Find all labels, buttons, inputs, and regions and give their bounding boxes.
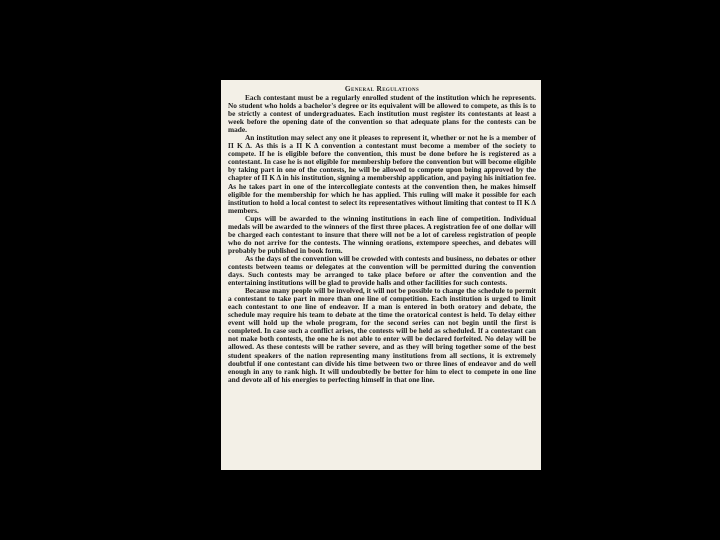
paragraph-membership: An institution may select any one it ple… (228, 134, 536, 214)
paragraph-convention-days: As the days of the convention will be cr… (228, 255, 536, 287)
document-page: General Regulations Each contestant must… (221, 80, 541, 470)
paragraph-eligibility: Each contestant must be a regularly enro… (228, 94, 536, 134)
section-title: General Regulations (228, 84, 536, 93)
paragraph-awards: Cups will be awarded to the winning inst… (228, 215, 536, 255)
paragraph-schedule: Because many people will be involved, it… (228, 287, 536, 384)
